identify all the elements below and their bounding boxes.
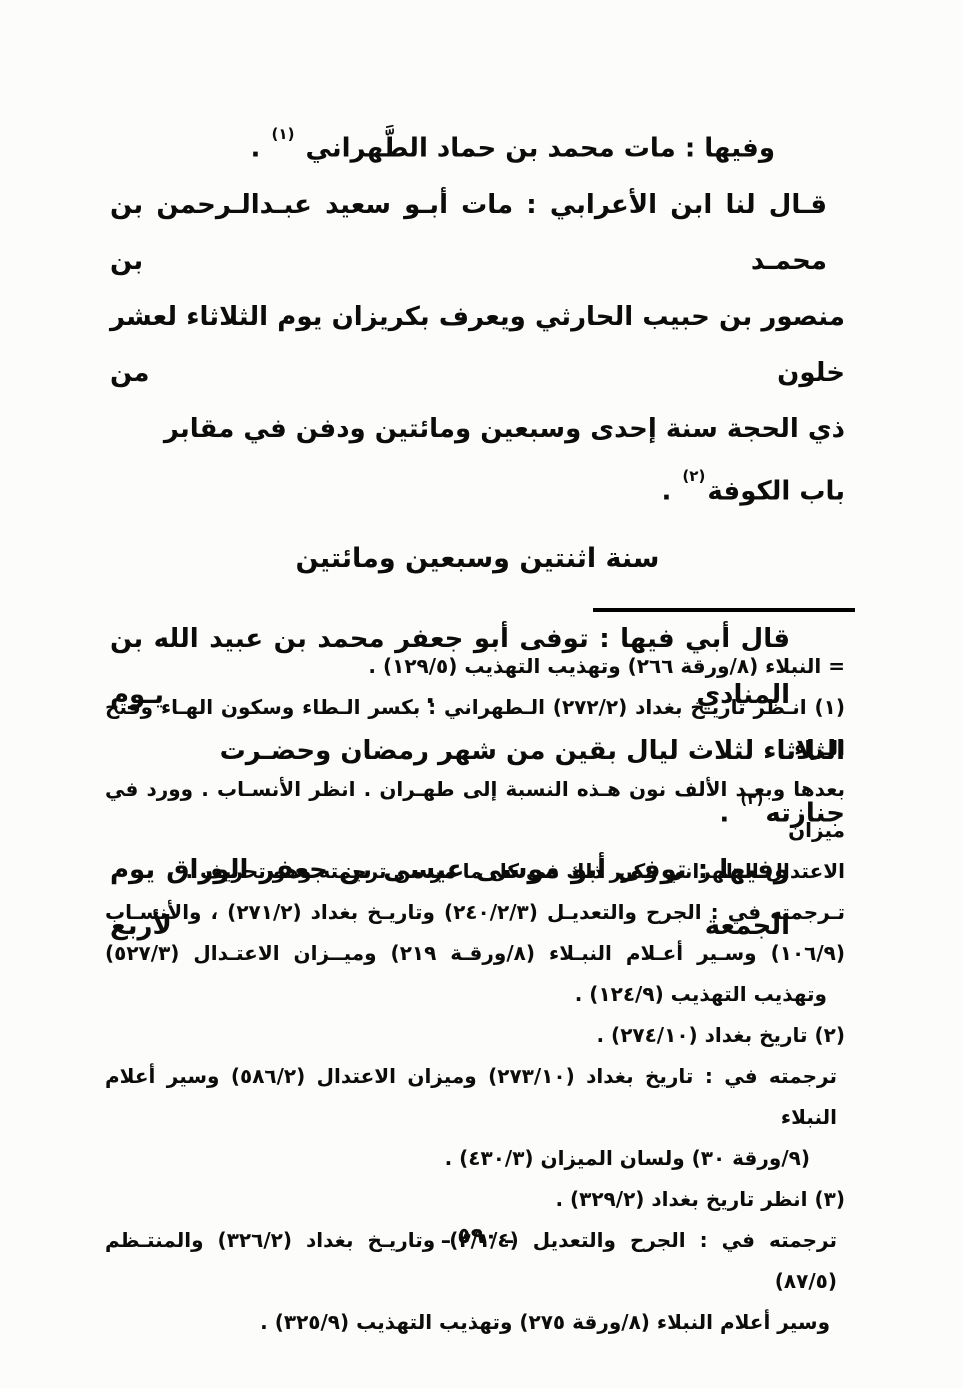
footnote-line: (٩/ورقة ٣٠) ولسان الميزان (٤٣٠/٣) . <box>105 1138 845 1179</box>
text-line: وفيها : مات محمد بن حماد الطَّهراني (١) … <box>110 114 845 177</box>
footnote-line: ترجمته في : تاريخ بغداد (٢٧٣/١٠) وميزان … <box>105 1056 845 1138</box>
line-text: قـال لنا ابن الأعرابي : مات أبـو سعيد عب… <box>110 190 827 276</box>
footnote-ref-1: (١) <box>269 125 296 143</box>
scanned-book-page: وفيها : مات محمد بن حماد الطَّهراني (١) … <box>0 0 962 1388</box>
footnote-line: (١٠٦/٩) وسـير أعـلام النبـلاء (٨/ورقـة ٢… <box>105 933 845 974</box>
text-line: قـال لنا ابن الأعرابي : مات أبـو سعيد عب… <box>110 177 845 289</box>
footnote-line: = النبلاء (٨/ورقة ٢٦٦) وتهذيب التهذيب (١… <box>105 646 845 687</box>
text-line: منصور بن حبيب الحارثي ويعرف بكريزان يوم … <box>110 289 845 401</box>
footnote-line: وسير أعلام النبلاء (٨/ورقة ٢٧٥) وتهذيب ا… <box>105 1302 845 1343</box>
footnote-separator-rule <box>593 608 855 612</box>
footnote-ref-2: (٢) <box>680 467 707 485</box>
footnote-line: وتهذيب التهذيب (١٢٤/٩) . <box>105 974 845 1015</box>
footnote-line: الاعتدال الظهراني وكرر ذلك في كل ما مر م… <box>105 851 845 892</box>
section-heading: سنة اثنتين وسبعين ومائتين <box>110 531 845 587</box>
line-text: . <box>661 476 680 506</box>
line-text: منصور بن حبيب الحارثي ويعرف بكريزان يوم … <box>110 302 845 388</box>
line-text: ذي الحجة سنة إحدى وسبعين ومائتين ودفن في… <box>164 414 845 507</box>
line-text: . <box>251 134 270 164</box>
footnote-line: بعدها وبعـد الألف نون هـذه النسبة إلى طه… <box>105 769 845 851</box>
footnote-line: (٢) تاريخ بغداد (٢٧٤/١٠) . <box>105 1015 845 1056</box>
line-text: وفيها : مات محمد بن حماد الطَّهراني <box>296 134 775 164</box>
footnote-line: (٣) انظر تاريخ بغداد (٣٢٩/٢) . <box>105 1179 845 1220</box>
text-line: ذي الحجة سنة إحدى وسبعين ومائتين ودفن في… <box>110 401 845 520</box>
page-number: ـ ٥٩٠ ـ <box>110 1224 845 1249</box>
footnote-line: (١) انـظر تاريـخ بغداد (٢٧٢/٢) الـطهراني… <box>105 687 845 769</box>
footnote-line: تـرجمته في : الجرح والتعديـل (٢٤٠/٢/٣) و… <box>105 892 845 933</box>
